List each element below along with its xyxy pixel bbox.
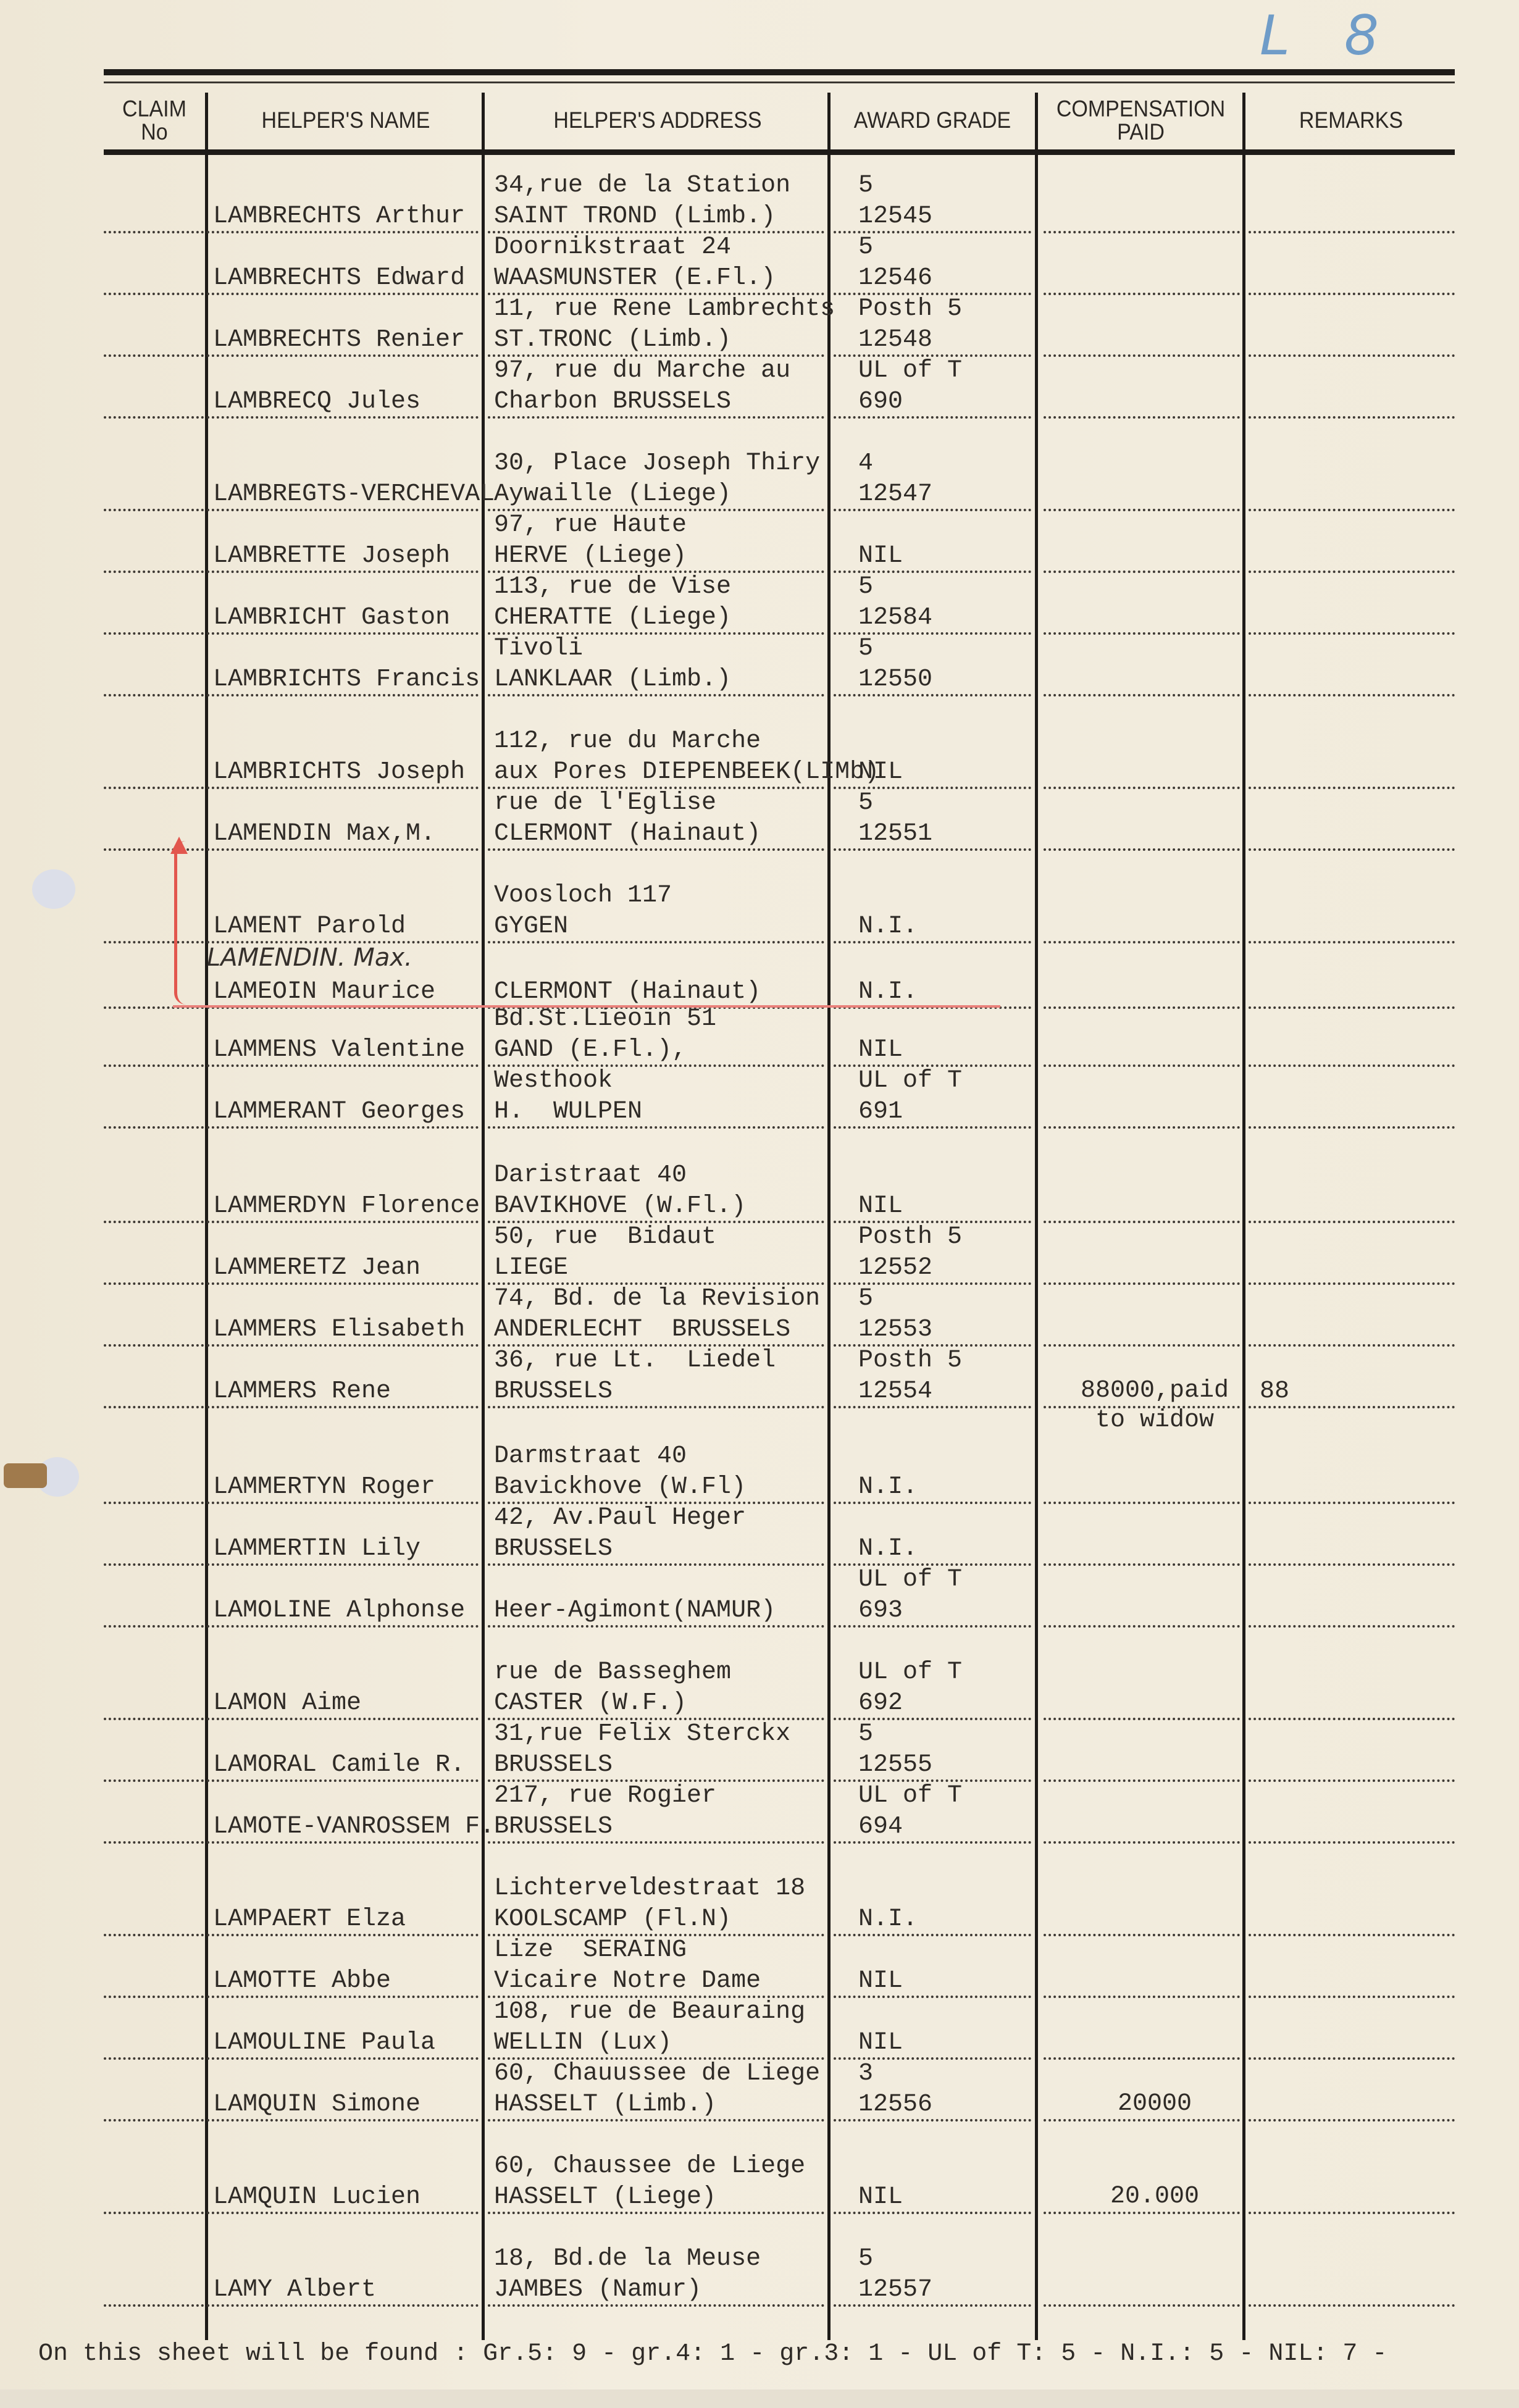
row-rule [104,2212,204,2214]
helper-address-line1: 42, Av.Paul Heger [494,1503,746,1534]
top-rule [104,69,1455,75]
helper-name: LAMBRICHT Gaston [213,603,450,633]
header-claim-no: CLAIM No [105,90,204,151]
helper-address-line2: Heer-Agimont(NAMUR) [494,1595,776,1626]
award-number: 690 [858,387,903,417]
award-number: N.I. [858,1472,918,1503]
helper-name: LAMMERANT Georges [213,1097,465,1127]
award-grade: UL of T [858,1066,962,1097]
row-rule [1044,1282,1240,1285]
row-rule [104,2304,204,2307]
row-rule [1044,293,1240,295]
row-rule [1249,694,1455,696]
helper-address-line1: Doornikstraat 24 [494,232,731,263]
helper-address-line2: CLERMONT (Hainaut) [494,819,761,850]
helper-name: LAMMERETZ Jean [213,1253,421,1284]
row-rule [104,1406,204,1408]
header-remarks: REMARKS [1247,90,1455,151]
helper-address-line1: Lize SERAING [494,1935,687,1966]
helper-name: LAMQUIN Simone [213,2089,421,2120]
row-rule [1044,1718,1240,1720]
row-rule [1249,231,1455,233]
row-rule [104,2057,204,2060]
row-rule [104,1718,204,1720]
sheet-summary: On this sheet will be found : Gr.5: 9 - … [38,2340,1387,2368]
award-number: NIL [858,757,903,788]
helper-name: LAMORAL Camile R. [213,1750,465,1781]
helper-name: LAMMERDYN Florence [213,1191,480,1222]
helper-address-line2: Aywaille (Liege) [494,479,731,510]
award-grade: 5 [858,633,873,664]
award-number: 12554 [858,1376,932,1407]
award-grade: UL of T [858,1781,962,1812]
award-number: 12548 [858,325,932,356]
row-rule [1249,1779,1455,1782]
page-edge [0,2389,1519,2408]
award-grade: 5 [858,1284,873,1315]
helper-address-line2: WELLIN (Lux) [494,2028,672,2059]
row-rule [1044,571,1240,573]
helper-name: LAMBRICHTS Francis [213,664,480,695]
row-rule [104,1064,204,1067]
row-rule [1249,571,1455,573]
award-grade: 5 [858,2244,873,2275]
helper-address-line2: Vicaire Notre Dame [494,1966,761,1997]
helper-name: LAMY Albert [213,2275,376,2306]
row-rule [1249,1563,1455,1566]
helper-address-line1: 31,rue Felix Sterckx [494,1719,790,1750]
row-rule [104,354,204,357]
helper-name: LAMBRECHTS Edward [213,263,465,294]
helper-address-line1: Bd.St.Lieoin 51 [494,1004,716,1035]
award-grade: UL of T [858,1565,962,1595]
helper-address-line1: 11, rue Rene Lambrechts [494,294,835,325]
header-compensation-paid: COMPENSATION PAID [1037,90,1244,151]
helper-name: LAMBREGTS-VERCHEVAL [213,479,495,510]
helper-address-line1: 97, rue du Marche au [494,356,790,387]
helper-name: LAMOTTE Abbe [213,1966,391,1997]
helper-address-line1: 113, rue de Vise [494,572,731,603]
row-rule [1044,231,1240,233]
helper-address-line2: BRUSSELS [494,1534,613,1565]
helper-address-line2: aux Pores DIEPENBEEK(LIMb) [494,757,879,788]
row-rule [1249,416,1455,419]
row-rule [1249,1996,1455,1998]
row-rule [1249,848,1455,851]
award-grade: UL of T [858,1657,962,1688]
row-rule [104,1282,204,1285]
helper-address-line2: SAINT TROND (Limb.) [494,201,776,232]
helper-address-line2: GAND (E.Fl.), [494,1035,687,1066]
row-rule [1044,509,1240,511]
helper-address-line1: 60, Chauussee de Liege [494,2059,820,2089]
row-rule [1044,787,1240,789]
helper-address-line2: HERVE (Liege) [494,541,687,572]
helper-name: LAMENT Parold [213,911,406,942]
row-rule [1044,2304,1240,2307]
red-strike-line [173,1005,1000,1008]
row-rule [1044,1502,1240,1504]
helper-address-line1: 36, rue Lt. Liedel [494,1345,776,1376]
row-rule [104,2119,204,2122]
helper-name: LAMMERS Rene [213,1376,391,1407]
helper-name: LAMENDIN Max,M. [213,819,435,850]
row-rule [104,1841,204,1844]
row-rule [1249,1126,1455,1129]
row-rule [104,1934,204,1936]
row-rule [104,293,204,295]
helper-address-line2: BRUSSELS [494,1750,613,1781]
row-rule [104,1779,204,1782]
row-rule [1249,1718,1455,1720]
helper-name: LAMPAERT Elza [213,1904,406,1935]
row-rule [1249,509,1455,511]
top-rule-thin [104,82,1455,83]
column-divider [205,93,208,2340]
helper-address-line1: rue de l'Eglise [494,788,716,819]
helper-name: LAMOULINE Paula [213,2028,435,2059]
helper-address-line1: 30, Place Joseph Thiry [494,448,820,479]
row-rule [1249,2057,1455,2060]
helper-name: LAMON Aime [213,1688,361,1719]
row-rule [104,632,204,635]
row-rule [1044,416,1240,419]
award-number: 12556 [858,2089,932,2120]
award-number: 12550 [858,664,932,695]
award-number: NIL [858,1035,903,1066]
helper-address-line2: ANDERLECHT BRUSSELS [494,1315,790,1345]
helper-address-line2: H. WULPEN [494,1097,642,1127]
row-rule [1249,293,1455,295]
row-rule [104,231,204,233]
handwritten-correction: LAMENDIN. Max. [207,943,412,972]
row-rule [1249,1221,1455,1223]
award-number: 12584 [858,603,932,633]
remarks: 88 [1260,1376,1289,1407]
column-divider [1035,93,1038,2340]
helper-address-line2: HASSELT (Liege) [494,2182,716,2213]
row-rule [104,1221,204,1223]
award-grade: 3 [858,2059,873,2089]
helper-address-line1: 97, rue Haute [494,510,687,541]
award-number: 691 [858,1097,903,1127]
row-rule [104,509,204,511]
row-rule [104,416,204,419]
helper-address-line1: Lichterveldestraat 18 [494,1873,805,1904]
row-rule [1044,941,1240,943]
row-rule [1044,1625,1240,1628]
award-number: 12552 [858,1253,932,1284]
helper-name: LAMMERS Elisabeth [213,1315,465,1345]
row-rule [1044,1934,1240,1936]
row-rule [1249,1841,1455,1844]
row-rule [1249,2119,1455,2122]
helper-address-line1: 112, rue du Marche [494,726,761,757]
award-grade: 5 [858,788,873,819]
helper-address-line1: rue de Basseghem [494,1657,731,1688]
row-rule [1044,1126,1240,1129]
row-rule [1249,1006,1455,1009]
award-number: NIL [858,1966,903,1997]
row-rule [1044,1996,1240,1998]
column-divider [827,93,831,2340]
helper-address-line2: ST.TRONC (Limb.) [494,325,731,356]
award-number: N.I. [858,1904,918,1935]
helper-address-line1: 217, rue Rogier [494,1781,716,1812]
row-rule [104,694,204,696]
award-number: 694 [858,1812,903,1842]
helper-address-line2: HASSELT (Limb.) [494,2089,716,2120]
award-number: 692 [858,1688,903,1719]
award-number: N.I. [858,977,918,1008]
award-grade: 5 [858,232,873,263]
row-rule [1249,632,1455,635]
row-rule [1249,1502,1455,1504]
helper-name: LAMMERTYN Roger [213,1472,435,1503]
row-rule [1249,2212,1455,2214]
award-number: 12546 [858,263,932,294]
row-rule [1249,1934,1455,1936]
compensation-paid: 20.000 [1062,2182,1247,2212]
helper-name: LAMBRECHTS Arthur [213,201,465,232]
helper-address-line2: LIEGE [494,1253,568,1284]
row-rule [1044,2057,1240,2060]
helper-address-line1: 34,rue de la Station [494,170,790,201]
award-number: 693 [858,1595,903,1626]
helper-name: LAMBRECQ Jules [213,387,421,417]
helper-address-line2: CASTER (W.F.) [494,1688,687,1719]
award-number: NIL [858,2028,903,2059]
row-rule [104,571,204,573]
helper-address-line2: KOOLSCAMP (Fl.N) [494,1904,731,1935]
helper-address-line1: Daristraat 40 [494,1160,687,1191]
row-rule [104,848,204,851]
helper-address-line1: Tivoli [494,633,583,664]
row-rule [1249,787,1455,789]
row-rule [104,1502,204,1504]
row-rule [104,1996,204,1998]
helper-address-line2: BRUSSELS [494,1812,613,1842]
row-rule [1249,941,1455,943]
header-award-grade: AWARD GRADE [831,90,1034,151]
award-number: 12553 [858,1315,932,1345]
helper-address-line2: BRUSSELS [494,1376,613,1407]
award-grade: Posth 5 [858,294,962,325]
punch-hole [32,869,75,909]
punch-hole-torn [36,1457,79,1497]
row-rule [1044,2212,1240,2214]
header-helpers-address: HELPER'S ADDRESS [488,90,827,151]
header-helpers-name: HELPER'S NAME [207,90,485,151]
helper-name: LAMEOIN Maurice [213,977,435,1008]
award-grade: 4 [858,448,873,479]
column-divider [482,93,485,2340]
row-rule [1044,1563,1240,1566]
row-rule [1249,2304,1455,2307]
red-arrow-head-icon [170,837,188,854]
helper-name: LAMOTE-VANROSSEM F. [213,1812,495,1842]
award-number: 12545 [858,201,932,232]
helper-address-line2: Charbon BRUSSELS [494,387,731,417]
row-rule [1044,694,1240,696]
award-number: 12551 [858,819,932,850]
row-rule [1249,1344,1455,1347]
award-grade: 5 [858,1719,873,1750]
helper-address-line2: CLERMONT (Hainaut) [494,977,761,1008]
compensation-paid: 20000 [1062,2089,1247,2119]
helper-address-line1: Westhook [494,1066,613,1097]
helper-address-line2: BAVIKHOVE (W.Fl.) [494,1191,746,1222]
folio-mark: L 8 [1260,4,1397,67]
award-grade: 5 [858,572,873,603]
row-rule [1044,1344,1240,1347]
row-rule [1044,632,1240,635]
helper-address-line1: Voosloch 117 [494,880,672,911]
row-rule [104,1563,204,1566]
row-rule [1044,1064,1240,1067]
helper-address-line1: 74, Bd. de la Revision [494,1284,820,1315]
helper-address-line1: Darmstraat 40 [494,1441,687,1472]
award-number: NIL [858,1191,903,1222]
award-number: 12547 [858,479,932,510]
row-rule [1044,848,1240,851]
row-rule [104,1344,204,1347]
award-number: N.I. [858,1534,918,1565]
award-number: NIL [858,2182,903,2213]
header-rule [104,149,1455,155]
column-divider [1242,93,1245,2340]
row-rule [104,1625,204,1628]
row-rule [104,787,204,789]
row-rule [1044,2119,1240,2122]
row-rule [1249,1064,1455,1067]
compensation-paid: 88000,paid to widow [1062,1376,1247,1436]
helper-address-line2: LANKLAAR (Limb.) [494,664,731,695]
award-grade: Posth 5 [858,1345,962,1376]
red-correction-arrow [174,841,186,1005]
row-rule [1249,1625,1455,1628]
row-rule [104,941,204,943]
award-number: 12557 [858,2275,932,2306]
helper-name: LAMBRECHTS Renier [213,325,465,356]
row-rule [1044,1841,1240,1844]
award-grade: 5 [858,170,873,201]
helper-name: LAMMERTIN Lily [213,1534,421,1565]
award-number: 12555 [858,1750,932,1781]
helper-address-line2: JAMBES (Namur) [494,2275,701,2306]
award-grade: Posth 5 [858,1222,962,1253]
row-rule [1044,354,1240,357]
helper-address-line1: 60, Chaussee de Liege [494,2151,805,2182]
helper-address-line2: WAASMUNSTER (E.Fl.) [494,263,776,294]
row-rule [104,1126,204,1129]
helper-name: LAMMENS Valentine [213,1035,465,1066]
helper-name: LAMBRETTE Joseph [213,541,450,572]
row-rule [1044,1221,1240,1223]
helper-address-line1: 50, rue Bidaut [494,1222,716,1253]
helper-address-line2: Bavickhove (W.Fl) [494,1472,746,1503]
helper-name: LAMQUIN Lucien [213,2182,421,2213]
helper-name: LAMBRICHTS Joseph [213,757,465,788]
helper-address-line1: 18, Bd.de la Meuse [494,2244,761,2275]
row-rule [1044,1006,1240,1009]
row-rule [1249,354,1455,357]
award-grade: UL of T [858,356,962,387]
helper-name: LAMOLINE Alphonse [213,1595,465,1626]
helper-address-line2: CHERATTE (Liege) [494,603,731,633]
award-number: NIL [858,541,903,572]
helper-address-line2: GYGEN [494,911,568,942]
row-rule [1044,1779,1240,1782]
helper-address-line1: 108, rue de Beauraing [494,1997,805,2028]
row-rule [1249,1282,1455,1285]
award-number: N.I. [858,911,918,942]
